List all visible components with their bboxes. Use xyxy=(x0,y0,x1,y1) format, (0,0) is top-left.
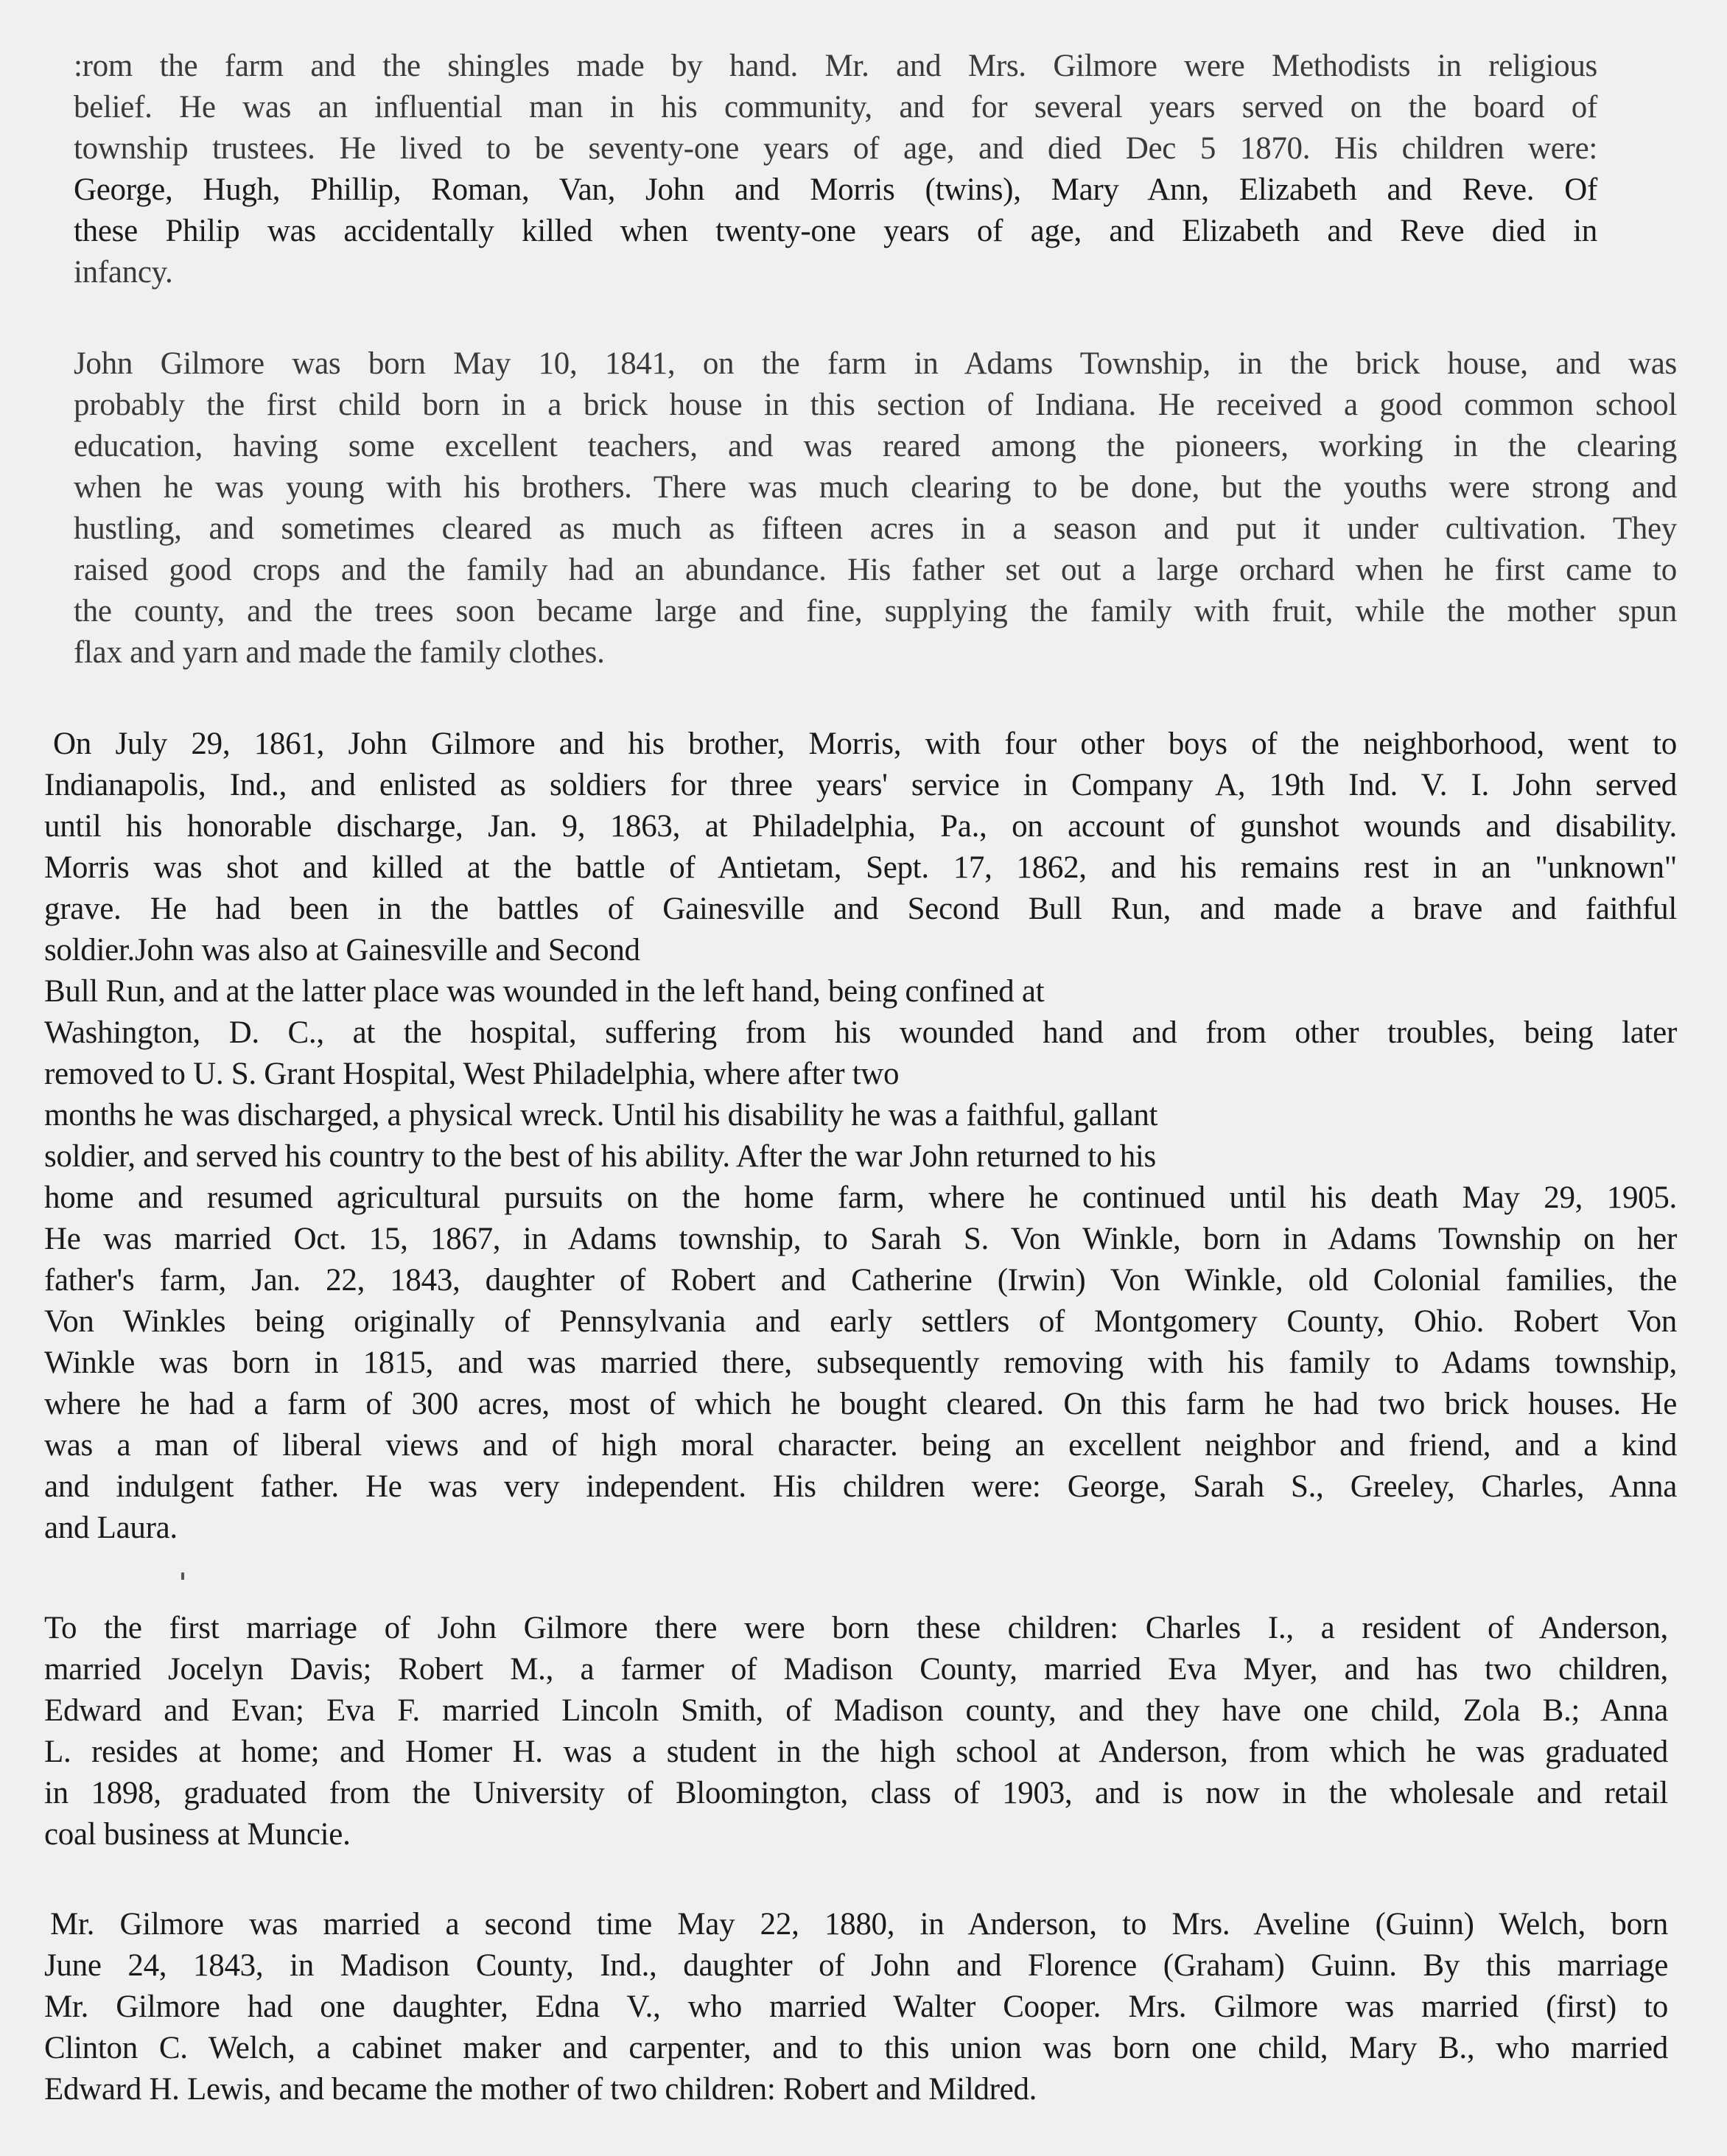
paragraph-line: Edward H. Lewis, and became the mother o… xyxy=(44,2069,1037,2110)
paragraph-line: Mr. Gilmore was married a second time Ma… xyxy=(50,1904,1668,1945)
paragraph-line: :rom the farm and the shingles made by h… xyxy=(74,46,1597,87)
paragraph-line: soldier, and served his country to the b… xyxy=(44,1136,1156,1177)
paragraph-line: and Laura. xyxy=(44,1508,178,1549)
paragraph-line: Washington, D. C., at the hospital, suff… xyxy=(44,1012,1677,1054)
paragraph-line: coal business at Muncie. xyxy=(44,1814,351,1855)
paragraph-line: belief. He was an influential man in his… xyxy=(74,87,1597,128)
paragraph-line: raised good crops and the family had an … xyxy=(74,550,1677,591)
scanned-document-page: :rom the farm and the shingles made by h… xyxy=(0,0,1727,2156)
paragraph-line: these Philip was accidentally killed whe… xyxy=(74,211,1597,252)
paragraph-line: when he was young with his brothers. The… xyxy=(74,467,1677,508)
paragraph-line: education, having some excellent teacher… xyxy=(74,426,1677,467)
paragraph-line: Mr. Gilmore had one daughter, Edna V., w… xyxy=(44,1987,1668,2028)
paragraph-line: On July 29, 1861, John Gilmore and his b… xyxy=(53,724,1677,765)
paragraph-line: and indulgent father. He was very indepe… xyxy=(44,1466,1677,1508)
paragraph-line: John Gilmore was born May 10, 1841, on t… xyxy=(74,343,1677,385)
paragraph-line: Clinton C. Welch, a cabinet maker and ca… xyxy=(44,2028,1668,2069)
paragraph-line: months he was discharged, a physical wre… xyxy=(44,1095,1157,1136)
paragraph-line: Edward and Evan; Eva F. married Lincoln … xyxy=(44,1690,1668,1732)
paragraph-line: George, Hugh, Phillip, Roman, Van, John … xyxy=(74,169,1597,211)
paragraph-line: grave. He had been in the battles of Gai… xyxy=(44,889,1677,930)
paragraph-line: where he had a farm of 300 acres, most o… xyxy=(44,1384,1677,1425)
paragraph-line: father's farm, Jan. 22, 1843, daughter o… xyxy=(44,1260,1677,1301)
paragraph-line: home and resumed agricultural pursuits o… xyxy=(44,1177,1677,1219)
paragraph-line: removed to U. S. Grant Hospital, West Ph… xyxy=(44,1054,899,1095)
paragraph-line: in 1898, graduated from the University o… xyxy=(44,1773,1668,1814)
paragraph-line: L. resides at home; and Homer H. was a s… xyxy=(44,1732,1668,1773)
paragraph-line: until his honorable discharge, Jan. 9, 1… xyxy=(44,806,1677,847)
paragraph-line: soldier.John was also at Gainesville and… xyxy=(44,930,640,971)
paragraph-line: Bull Run, and at the latter place was wo… xyxy=(44,971,1044,1012)
paragraph-line: married Jocelyn Davis; Robert M., a farm… xyxy=(44,1649,1668,1690)
paragraph-line: He was married Oct. 15, 1867, in Adams t… xyxy=(44,1219,1677,1260)
paragraph-line: probably the first child born in a brick… xyxy=(74,385,1677,426)
paragraph-line: Von Winkles being originally of Pennsylv… xyxy=(44,1301,1677,1343)
paragraph-line: was a man of liberal views and of high m… xyxy=(44,1425,1677,1466)
paragraph-line: infancy. xyxy=(74,252,173,293)
paragraph-line: hustling, and sometimes cleared as much … xyxy=(74,508,1677,550)
paragraph-line: June 24, 1843, in Madison County, Ind., … xyxy=(44,1945,1668,1987)
paragraph-line: Winkle was born in 1815, and was married… xyxy=(44,1343,1677,1384)
paragraph-line: township trustees. He lived to be sevent… xyxy=(74,128,1597,169)
paragraph-line: To the first marriage of John Gilmore th… xyxy=(44,1608,1668,1649)
paragraph-line: flax and yarn and made the family clothe… xyxy=(74,632,605,673)
scan-speck xyxy=(181,1572,184,1580)
paragraph-line: Morris was shot and killed at the battle… xyxy=(44,847,1677,889)
paragraph-line: Indianapolis, Ind., and enlisted as sold… xyxy=(44,765,1677,806)
paragraph-line: the county, and the trees soon became la… xyxy=(74,591,1677,632)
